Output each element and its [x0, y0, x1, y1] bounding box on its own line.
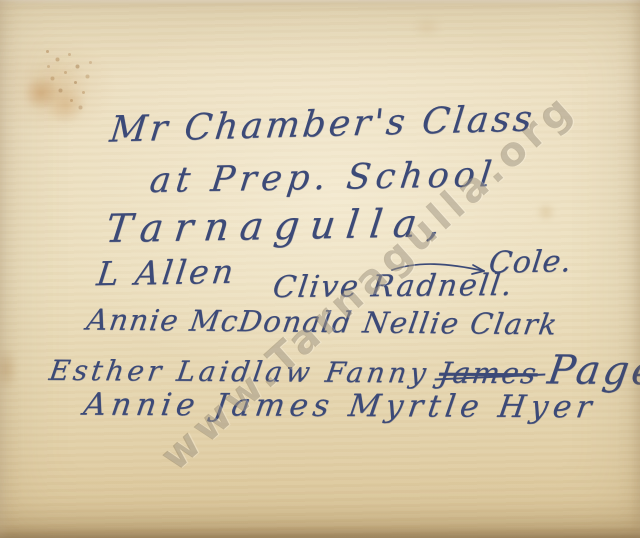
handwriting-name-allen: L Allen: [95, 252, 239, 294]
stain-left-edge: [0, 348, 18, 390]
stain-spot-right: [536, 202, 556, 222]
stain-top-faint: [412, 16, 442, 38]
stain-speckles: [46, 50, 49, 53]
handwriting-note-cole: Cole.: [487, 244, 574, 281]
handwriting-crossed-out-james: James: [437, 356, 540, 391]
stain-top-left-blob-light: [46, 86, 86, 124]
handwriting-town-line: Tarnagulla,: [103, 201, 453, 252]
handwriting-correction-page: Page: [545, 347, 640, 394]
handwriting-names-line-2: Annie McDonald Nellie Clark: [84, 303, 560, 342]
pointer-line-to-cole: [390, 250, 494, 282]
paper-top-edge-highlight: [0, 0, 640, 4]
handwriting-school-line: at Prep. School: [148, 155, 499, 201]
handwriting-esther-fanny: Esther Laidlaw Fanny: [47, 354, 432, 390]
handwriting-names-line-4: Annie James Myrtle Hyer: [81, 387, 598, 426]
scanned-handwritten-note: Mr Chamber's Class at Prep. School Tarna…: [0, 0, 640, 538]
paper-bottom-edge-shadow: [0, 526, 640, 538]
handwriting-title-line: Mr Chamber's Class: [108, 98, 537, 150]
